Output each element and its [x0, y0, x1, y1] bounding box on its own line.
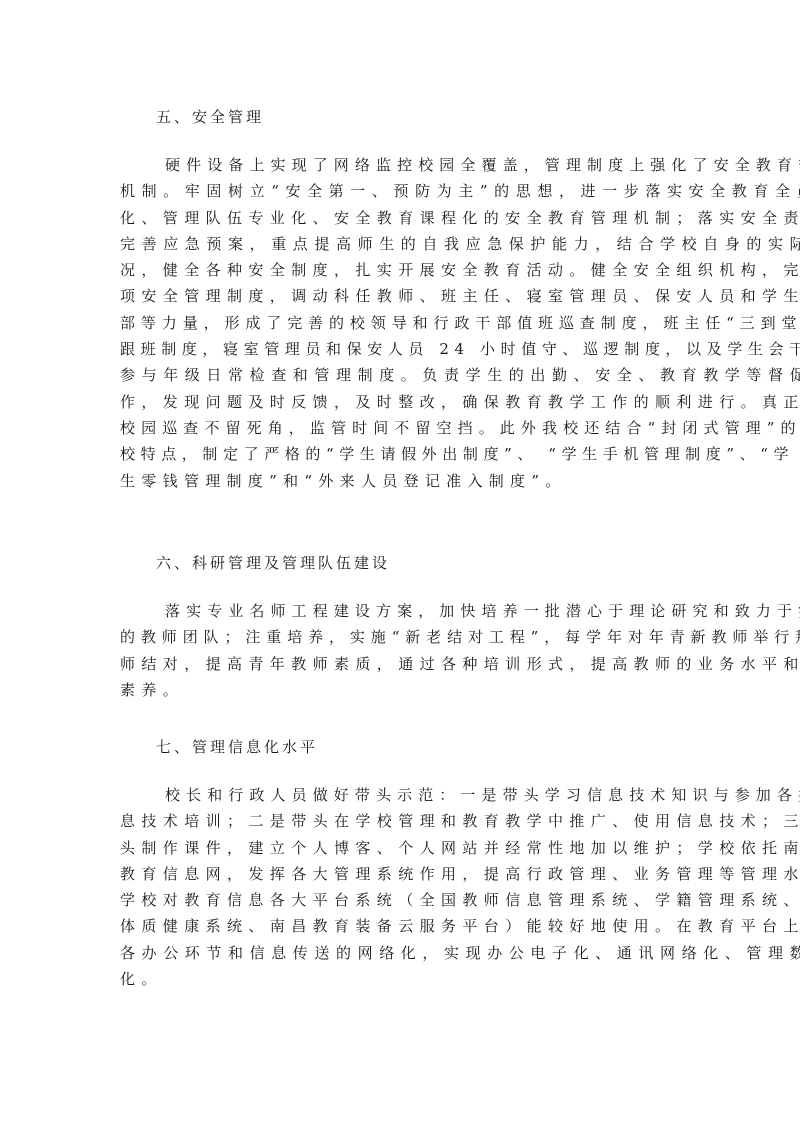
paragraph-line: 部等力量，形成了完善的校领导和行政干部值班巡查制度，班主任“三到堂”	[120, 310, 680, 336]
paragraph-line: 师结对，提高青年教师素质，通过各种培训形式，提高教师的业务水平和能力	[120, 651, 680, 677]
paragraph-line: 体质健康系统、南昌教育装备云服务平台）能较好地使用。在教育平台上实现	[120, 913, 680, 939]
paragraph-line: 化、管理队伍专业化、安全教育课程化的安全教育管理机制；落实安全责任，	[120, 205, 680, 231]
paragraph-line: 化。	[120, 966, 680, 992]
section-heading: 六、科研管理及管理队伍建设	[120, 550, 680, 576]
section-heading: 五、安全管理	[120, 104, 680, 130]
section-heading: 七、管理信息化水平	[120, 734, 680, 760]
paragraph-line: 机制。牢固树立“安全第一、预防为主”的思想，进一步落实安全教育全员	[120, 178, 680, 204]
paragraph-line: 作，发现问题及时反馈，及时整改，确保教育教学工作的顺利进行。真正做到	[120, 389, 680, 415]
paragraph-line: 硬件设备上实现了网络监控校园全覆盖，管理制度上强化了安全教育管理	[120, 152, 680, 178]
paragraph-line: 头制作课件，建立个人博客、个人网站并经常性地加以维护；学校依托南昌市	[120, 835, 680, 861]
paragraph-line: 各办公环节和信息传送的网络化，实现办公电子化、通讯网络化、管理数字	[120, 940, 680, 966]
paragraph-line: 素养。	[120, 677, 680, 703]
paragraph-line: 学校对教育信息各大平台系统（全国教师信息管理系统、学籍管理系统、学生	[120, 887, 680, 913]
paragraph-line: 跟班制度，寝室管理员和保安人员 24 小时值守、巡逻制度，以及学生会干部	[120, 336, 680, 362]
section-research-paragraph: 落实专业名师工程建设方案，加快培养一批潜心于理论研究和致力于实践 的教师团队；注…	[120, 598, 680, 703]
paragraph-line: 教育信息网，发挥各大管理系统作用，提高行政管理、业务管理等管理水平。	[120, 861, 680, 887]
section-informatization-paragraph: 校长和行政人员做好带头示范：一是带头学习信息技术知识与参加各类信 息技术培训；二…	[120, 782, 680, 992]
paragraph-line: 完善应急预案，重点提高师生的自我应急保护能力，结合学校自身的实际情	[120, 231, 680, 257]
paragraph-line: 校园巡查不留死角，监管时间不留空挡。此外我校还结合“封闭式管理”的学	[120, 415, 680, 441]
paragraph-line: 生零钱管理制度”和“外来人员登记准入制度”。	[120, 468, 680, 494]
paragraph-line: 落实专业名师工程建设方案，加快培养一批潜心于理论研究和致力于实践	[120, 598, 680, 624]
section-safety-paragraph: 硬件设备上实现了网络监控校园全覆盖，管理制度上强化了安全教育管理 机制。牢固树立…	[120, 152, 680, 494]
paragraph-line: 的教师团队；注重培养，实施“新老结对工程”，每学年对年青新教师举行拜	[120, 624, 680, 650]
paragraph-line: 校特点，制定了严格的“学生请假外出制度”、 “学生手机管理制度”、“学	[120, 441, 680, 467]
paragraph-line: 校长和行政人员做好带头示范：一是带头学习信息技术知识与参加各类信	[120, 782, 680, 808]
paragraph-line: 息技术培训；二是带头在学校管理和教育教学中推广、使用信息技术；三是带	[120, 808, 680, 834]
paragraph-line: 况，健全各种安全制度，扎实开展安全教育活动。健全安全组织机构，完善各	[120, 257, 680, 283]
paragraph-line: 参与年级日常检查和管理制度。负责学生的出勤、安全、教育教学等督促工	[120, 362, 680, 388]
section-research-management: 六、科研管理及管理队伍建设	[120, 550, 680, 596]
section-safety-management: 五、安全管理	[120, 104, 680, 150]
section-informatization: 七、管理信息化水平	[120, 734, 680, 780]
paragraph-line: 项安全管理制度，调动科任教师、班主任、寝室管理员、保安人员和学生会干	[120, 283, 680, 309]
